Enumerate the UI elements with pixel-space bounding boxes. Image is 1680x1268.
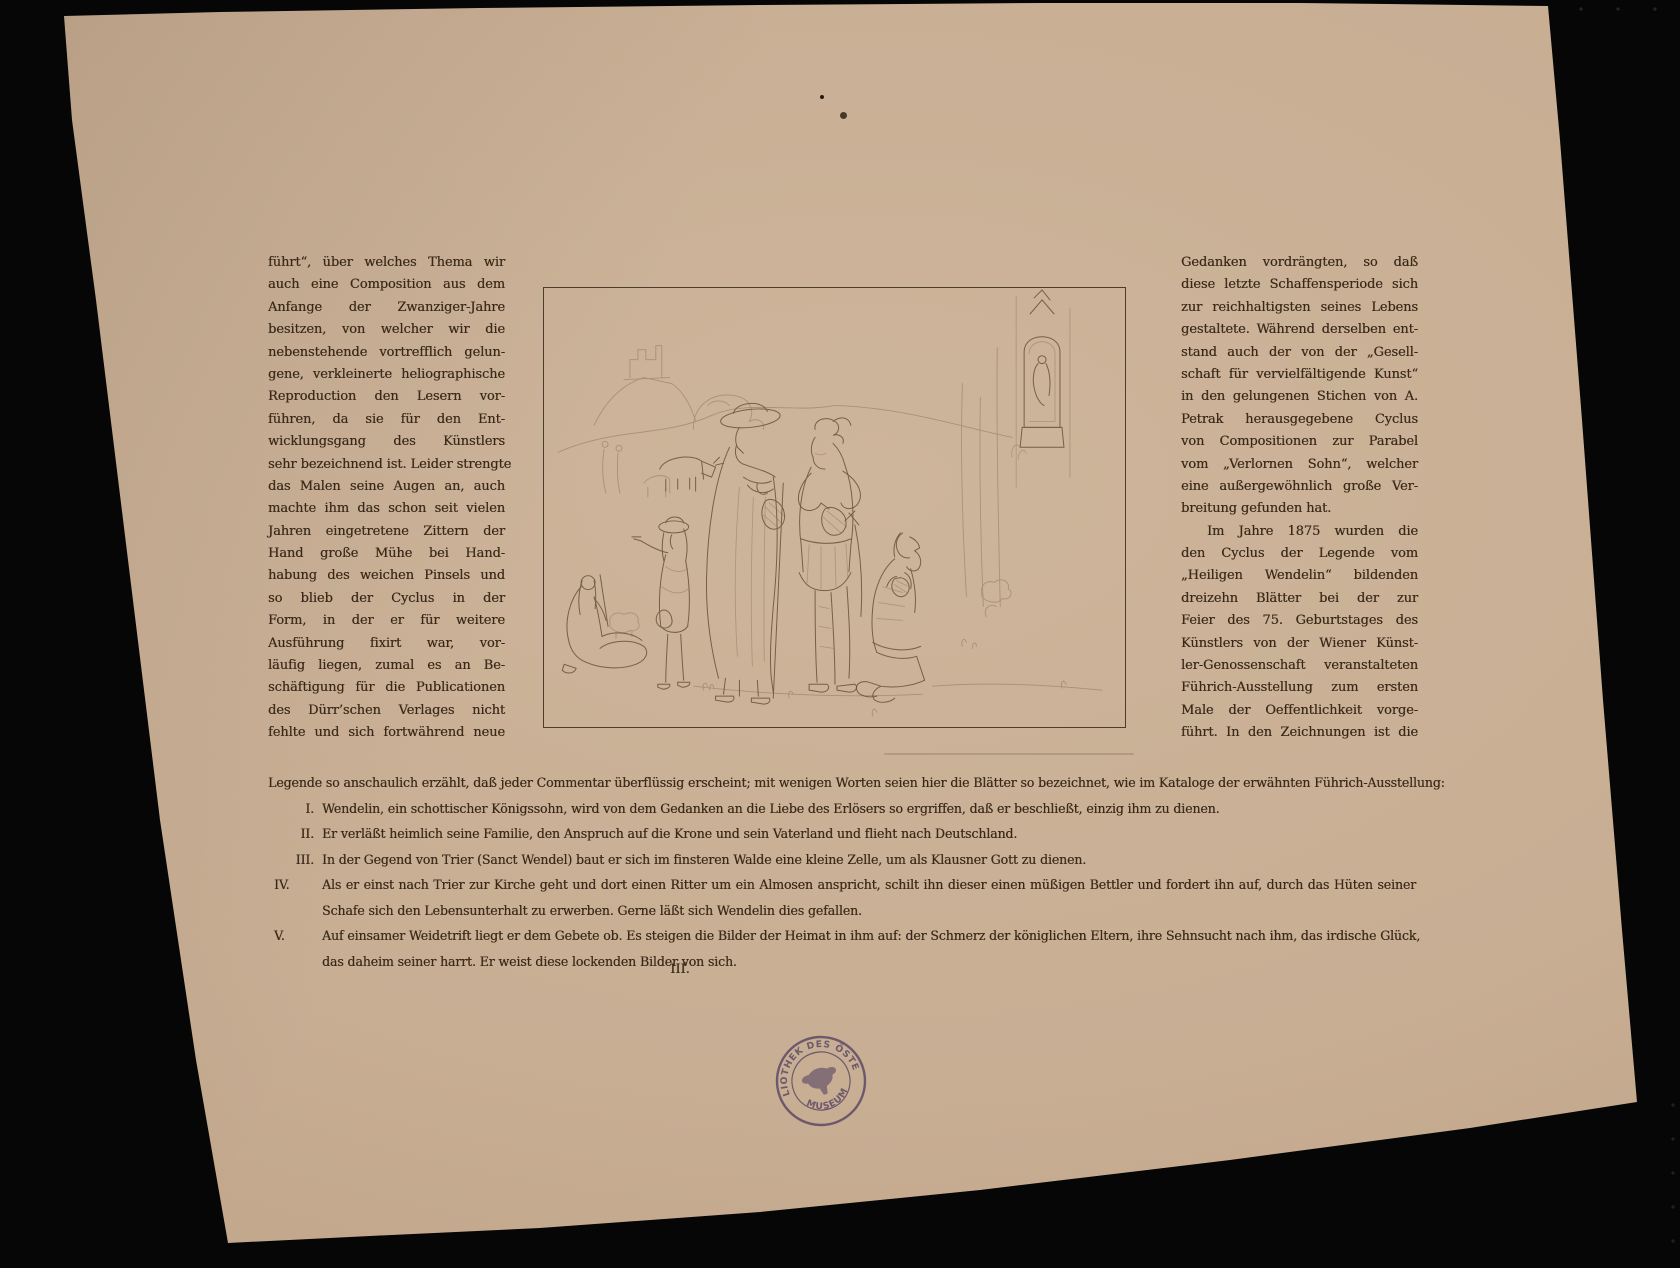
text-line: wicklungsgang des Künstlers (268, 431, 505, 453)
illustration-heliographic-reproduction (543, 287, 1126, 728)
line-text: Legende so anschaulich erzählt, daß jede… (268, 775, 1445, 790)
text-line: Reproduction den Lesern vor- (268, 386, 505, 408)
figure-kneeling-man-praying (857, 533, 925, 702)
text-line: stand auch der von der „Gesell- (1181, 342, 1418, 364)
text-line: II.Er verläßt heimlich seine Familie, de… (322, 821, 1416, 847)
text-line: Im Jahre 1875 wurden die (1181, 521, 1418, 543)
list-numeral: I. (274, 796, 314, 822)
text-line: Schafe sich den Lebensunterhalt zu erwer… (322, 898, 1416, 924)
text-line: eine außergewöhnlich große Ver- (1181, 476, 1418, 498)
right-text-column: Gedanken vordrängten, so daß diese letzt… (1181, 252, 1418, 745)
text-line: schaft für vervielfältigende Kunst“ (1181, 364, 1418, 386)
text-line: Anfange der Zwanziger-Jahre (268, 297, 505, 319)
illustration-drawing (544, 288, 1125, 727)
line-text: In der Gegend von Trier (Sanct Wendel) b… (322, 852, 1086, 867)
text-line: das daheim seiner harrt. Er weist diese … (322, 949, 1416, 975)
text-line: ler-Genossenschaft veranstalteten (1181, 655, 1418, 677)
text-line: von Compositionen zur Parabel (1181, 431, 1418, 453)
text-line: I.Wendelin, ein schottischer Königssohn,… (322, 796, 1416, 822)
text-line: Petrak herausgegebene Cyclus (1181, 409, 1418, 431)
text-line: Male der Oeffentlichkeit vorge- (1181, 700, 1418, 722)
stamp-text-bottom: MUSEUM (802, 1083, 855, 1118)
text-line: Legende so anschaulich erzählt, daß jede… (268, 770, 1418, 796)
list-numeral: IV. (274, 872, 314, 898)
text-line: schäftigung für die Publicationen (268, 677, 505, 699)
text-line: machte ihm das schon seit vielen (268, 498, 505, 520)
page-number: III. (560, 962, 800, 977)
text-line: des Dürr’schen Verlages nicht (268, 700, 505, 722)
text-line: Künstlers von der Wiener Künst- (1181, 633, 1418, 655)
text-line: Form, in der er für weitere (268, 610, 505, 632)
text-line: gene, verkleinerte heliographische (268, 364, 505, 386)
line-text: Als er einst nach Trier zur Kirche geht … (322, 877, 1416, 892)
ink-speck (820, 95, 824, 99)
text-line: Gedanken vordrängten, so daß (1181, 252, 1418, 274)
figure-seated-shepherd (562, 575, 646, 673)
gothic-shrine (1012, 290, 1070, 487)
text-line: fehlte und sich fortwährend neue (268, 722, 505, 744)
list-numeral: III. (274, 847, 314, 873)
text-line: den Cyclus der Legende vom (1181, 543, 1418, 565)
text-line: Ausführung fixirt war, vor- (268, 633, 505, 655)
text-line: Jahren eingetretene Zittern der (268, 521, 505, 543)
text-line: zur reichhaltigsten seines Lebens (1181, 297, 1418, 319)
list-numeral: II. (274, 821, 314, 847)
text-line: läufig liegen, zumal es an Be- (268, 655, 505, 677)
ink-speck (840, 112, 847, 119)
text-line: habung des weichen Pinsels und (268, 565, 505, 587)
pencil-smudge (884, 753, 1134, 755)
text-line: Feier des 75. Geburtstages des (1181, 610, 1418, 632)
paper-sheet: führt“, über welches Thema wir auch eine… (0, 0, 1680, 1268)
text-line: Hand große Mühe bei Hand- (268, 543, 505, 565)
text-line: besitzen, von welcher wir die (268, 319, 505, 341)
library-stamp: BIBLIOTHEK DES ÖSTERR. MUSEUM (759, 1019, 882, 1142)
text-line: Führich-Ausstellung zum ersten (1181, 677, 1418, 699)
legend-text-block: Legende so anschaulich erzählt, daß jede… (268, 770, 1418, 974)
text-line: III.In der Gegend von Trier (Sanct Wende… (322, 847, 1416, 873)
text-line: gestaltete. Während derselben ent- (1181, 319, 1418, 341)
list-numeral: V. (274, 923, 314, 949)
text-line: IV.Als er einst nach Trier zur Kirche ge… (322, 872, 1416, 898)
text-line: „Heiligen Wendelin“ bildenden (1181, 565, 1418, 587)
figure-man-with-cap (798, 418, 861, 692)
illustration-background (558, 346, 1102, 716)
text-line: nebenstehende vortrefflich gelun- (268, 342, 505, 364)
text-line: in den gelungenen Stichen von A. (1181, 386, 1418, 408)
scanned-book-page: führt“, über welches Thema wir auch eine… (0, 0, 1680, 1268)
text-line: vom „Verlornen Sohn“, welcher (1181, 454, 1418, 476)
text-line: dreizehn Blätter bei der zur (1181, 588, 1418, 610)
text-line: führt“, über welches Thema wir (268, 252, 505, 274)
line-text: Wendelin, ein schottischer Königssohn, w… (322, 801, 1219, 816)
text-line: führen, da sie für den Ent- (268, 409, 505, 431)
text-line: das Malen seine Augen an, auch (268, 476, 505, 498)
line-text: Auf einsamer Weidetrift liegt er dem Geb… (322, 928, 1420, 943)
text-line: führt. In den Zeichnungen ist die (1181, 722, 1418, 744)
mount-edge-dots-right (1668, 1100, 1678, 1260)
text-line: V.Auf einsamer Weidetrift liegt er dem G… (322, 923, 1416, 949)
text-line: diese letzte Schaffensperiode sich (1181, 274, 1418, 296)
figure-pilgrim-with-hat (706, 403, 785, 704)
text-line: breitung gefunden hat. (1181, 498, 1418, 520)
text-line: auch eine Composition aus dem (268, 274, 505, 296)
text-line: so blieb der Cyclus in der (268, 588, 505, 610)
line-text: Er verläßt heimlich seine Familie, den A… (322, 826, 1017, 841)
text-line: sehr bezeichnend ist. Leider strengte (268, 454, 505, 476)
line-text: Schafe sich den Lebensunterhalt zu erwer… (322, 903, 862, 918)
left-text-column: führt“, über welches Thema wir auch eine… (268, 252, 505, 745)
figure-pointing-child (632, 517, 690, 689)
